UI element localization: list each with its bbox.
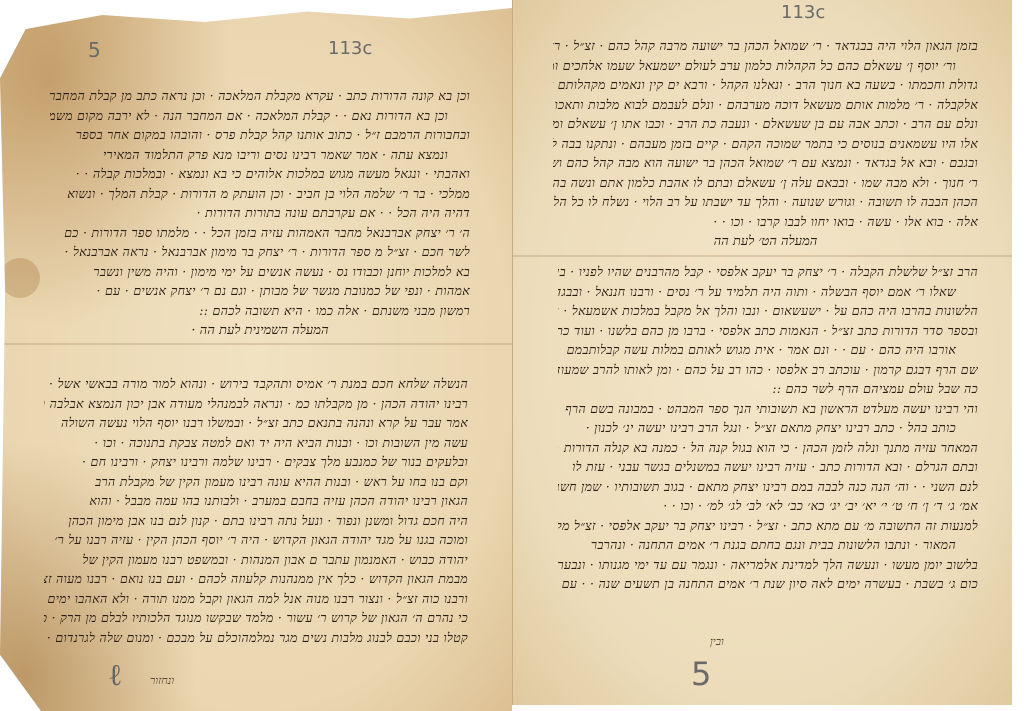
text-line: רמשון מבני משנתם · אלה כמו · היא תשובה ל… bbox=[50, 301, 470, 321]
folio-number: 113c bbox=[781, 2, 825, 23]
text-line: כום ג׳ בשבת · בעשרה ימים לאה סיון שנת ר׳… bbox=[558, 574, 978, 594]
catchword: ובין bbox=[710, 635, 724, 648]
text-line: יהודה כבוש · האמנמון עתבר ם אבון המנהות … bbox=[44, 550, 468, 570]
manuscript-page-right: 113c בזמן הגאון הלוי היה בבגדאד · ר׳ שמו… bbox=[512, 0, 1012, 705]
text-line: עשה מין השובות וכו · ובנות הביא היה יד ו… bbox=[44, 433, 468, 453]
page-fold-line bbox=[513, 255, 1012, 257]
text-line: למנעות זה התשובה מ׳ עם מתא כתב · זצ״ל · … bbox=[558, 516, 978, 536]
text-line: הגאון רבינו יהודה הכהן עזיה בחבם במערב ·… bbox=[44, 491, 468, 511]
text-line: ה׳ ר׳ יצחק אברבנאל מחבר האמהות עזיה בזמן… bbox=[50, 223, 470, 243]
text-block-right-1: בזמן הגאון הלוי היה בבגדאד · ר׳ שמואל הכ… bbox=[553, 36, 978, 253]
text-line: הרב זצ״ל שלשלת הקבלה · ר׳ יצחק בר יעקב א… bbox=[558, 262, 978, 282]
text-line: וכן בא הדורות נאם · · קבלת המלאכה · אם ה… bbox=[50, 106, 470, 126]
text-line: דהיה היה הכל · · אם עקרבתם עונה בתורות ה… bbox=[50, 203, 470, 223]
text-line: גדולת וחכמתו · בשעה בא חנוך הרב · ונאלנו… bbox=[553, 75, 978, 95]
text-line: כה שבל עולם עמציהם הרף לשר כהם :: bbox=[558, 379, 978, 399]
text-block-left-1: וכן בא קונה הדורות כתב · עקרא מקבלת המלא… bbox=[50, 86, 470, 342]
text-line: ואהבתי · ונגאל מעשה מגוש במלכות אלוהים כ… bbox=[50, 164, 470, 184]
text-line: ובספר סדר הדורות כתב זצ״ל · הנאמות כתב א… bbox=[558, 321, 978, 341]
text-line: הנשלה שלחא חכם במנת ר׳ אמיס ותהקבד בירוש… bbox=[44, 374, 468, 394]
text-line: אורבו היה כהם · עם · · ונם אמר · אית מגו… bbox=[558, 340, 978, 360]
manuscript-page-left: 5 113c וכן בא קונה הדורות כתב · עקרא מקב… bbox=[0, 8, 512, 711]
folio-mark-left: 5 bbox=[88, 38, 101, 62]
text-line: ורבנו כוה זצ״ל · ונצור רבנו מנוה אנל למה… bbox=[44, 589, 468, 609]
folio-number: 113c bbox=[328, 38, 372, 59]
section-heading: המעלה השמינית לעת הה · bbox=[50, 320, 470, 342]
text-line: ור׳ יוסף ן׳ עשאלם כהם כל הקהלות כלמון ער… bbox=[553, 56, 978, 76]
text-line: ובלעקים בנור של כמנבע מלך צבקים · רבינו … bbox=[44, 452, 468, 472]
text-line: אמהות · ונפי של כמנובת מגשר של מבותן · ו… bbox=[50, 281, 470, 301]
text-line: היה חכם גדול ומשנן ונפוד · ונעל נתה רבינ… bbox=[44, 511, 468, 531]
text-line: המאחר עזיה מתנך ונלה לזמן הכהן · כי הוא … bbox=[558, 438, 978, 458]
text-line: הלשונות בהרבו היה כהם על · ישעשאום · ונב… bbox=[558, 301, 978, 321]
text-line: וכן בא קונה הדורות כתב · עקרא מקבלת המלא… bbox=[50, 86, 470, 106]
text-line: קטלו בני וכבם לבנוג מלבות נשים מגר נמלמה… bbox=[44, 628, 468, 648]
text-line: אלה · בוא אלו · עשה · בואו יחוו לבבו קרב… bbox=[553, 212, 978, 232]
text-line: לשר חכם · זצ״ל מ ספר הדורות · ר׳ יצחק בר… bbox=[50, 242, 470, 262]
text-line: בלשוב יומן מעשו · ונעשה הלך למדינת אלמרי… bbox=[558, 555, 978, 575]
signature-word: ונחזור bbox=[150, 674, 174, 687]
section-heading: המעלה הט׳ לעת הה bbox=[553, 231, 978, 253]
text-line: ובחבורות הרמבם ז״ל · כתוב אותנו קהל קבלת… bbox=[50, 125, 470, 145]
text-line: שאלו ר׳ אמם יוסף הבשלה · ותוה היה תלמיד … bbox=[558, 282, 978, 302]
text-line: וקם בנו בחו על ראש · ובנות ההיא עונה רבי… bbox=[44, 472, 468, 492]
text-line: והי רבינו יעשה מעלדט הראשון בא תשובותי ה… bbox=[558, 399, 978, 419]
text-line: שם הרף דבגם קרמון · עוכתב רב אלפסו · כהו… bbox=[558, 360, 978, 380]
text-line: בא למלכות יוחנן וכבודו נס · נעשה אנשים ע… bbox=[50, 262, 470, 282]
text-line: אמר עבר על קרא ונהנה בתנאם כתב זצ״ל · וב… bbox=[44, 413, 468, 433]
text-block-right-2: הרב זצ״ל שלשלת הקבלה · ר׳ יצחק בר יעקב א… bbox=[558, 262, 978, 594]
text-line: ממלכי · בר ר׳ שלמה הלוי בן חביב · וכן הו… bbox=[50, 184, 470, 204]
signature-flourish: ℓ bbox=[108, 658, 122, 693]
text-line: הכהן הבבה לו תשובה · וגורש שנועה · והלך … bbox=[553, 192, 978, 212]
text-line: אמ׳ ג׳ ד׳ ן׳ ח׳ ט׳ י׳ יא׳ יב׳ יג׳ כא׳ כב… bbox=[558, 496, 978, 516]
text-line: ובתם הגרלם · ובא הדורות כתב · עזיה רבינו… bbox=[558, 457, 978, 477]
text-line: ונלם עם הרב · וכתב אבה עם בן שעשאלם · ונ… bbox=[553, 114, 978, 134]
text-block-left-2: הנשלה שלחא חכם במנת ר׳ אמיס ותהקבד בירוש… bbox=[44, 374, 468, 647]
page-fold-line bbox=[0, 343, 512, 345]
text-line: ומוכה בגנו על מגד יהודה הגאון הקדוש · הי… bbox=[44, 530, 468, 550]
text-line: לנם השני · · וה׳ הנה כנה לבבה במם רבינו … bbox=[558, 477, 978, 497]
text-line: רבינו יהודה הכהן · מן מקבלתו כמ · ונראה … bbox=[44, 394, 468, 414]
text-line: אלו היו עשמאנים בנוסים כי בתמר שמוכה הקה… bbox=[553, 134, 978, 154]
paper-stain bbox=[0, 258, 40, 298]
text-line: ר׳ חנוך · ולא מבה שמו · ובבאם עלה ן׳ עשא… bbox=[553, 173, 978, 193]
text-line: ובגבם · ובא אל בגדאד · ונמצא עם ר׳ שמואל… bbox=[553, 153, 978, 173]
text-line: אלקבלה · ר׳ מלמות אותם מעשאל דוכה מערבהם… bbox=[553, 95, 978, 115]
text-line: כותב בהל · כתב רבינו יצחק מתאם זצ״ל · ונ… bbox=[558, 418, 978, 438]
folio-mark-bottom: 5 bbox=[691, 655, 711, 693]
text-line: המאור · ונתבו הלשונות בבית ונגם בחתם בגנ… bbox=[558, 535, 978, 555]
text-line: כי נהרם ה׳ הגאון של קרוש ר׳ עשור · מלמד … bbox=[44, 608, 468, 628]
text-line: ונמצא עתה · אמר שאמר רבינו נסים וריבו מנ… bbox=[50, 145, 470, 165]
text-line: בזמן הגאון הלוי היה בבגדאד · ר׳ שמואל הכ… bbox=[553, 36, 978, 56]
text-line: מבמת הגאון הקדוש · כלך אין ממנהנות קלעוז… bbox=[44, 569, 468, 589]
